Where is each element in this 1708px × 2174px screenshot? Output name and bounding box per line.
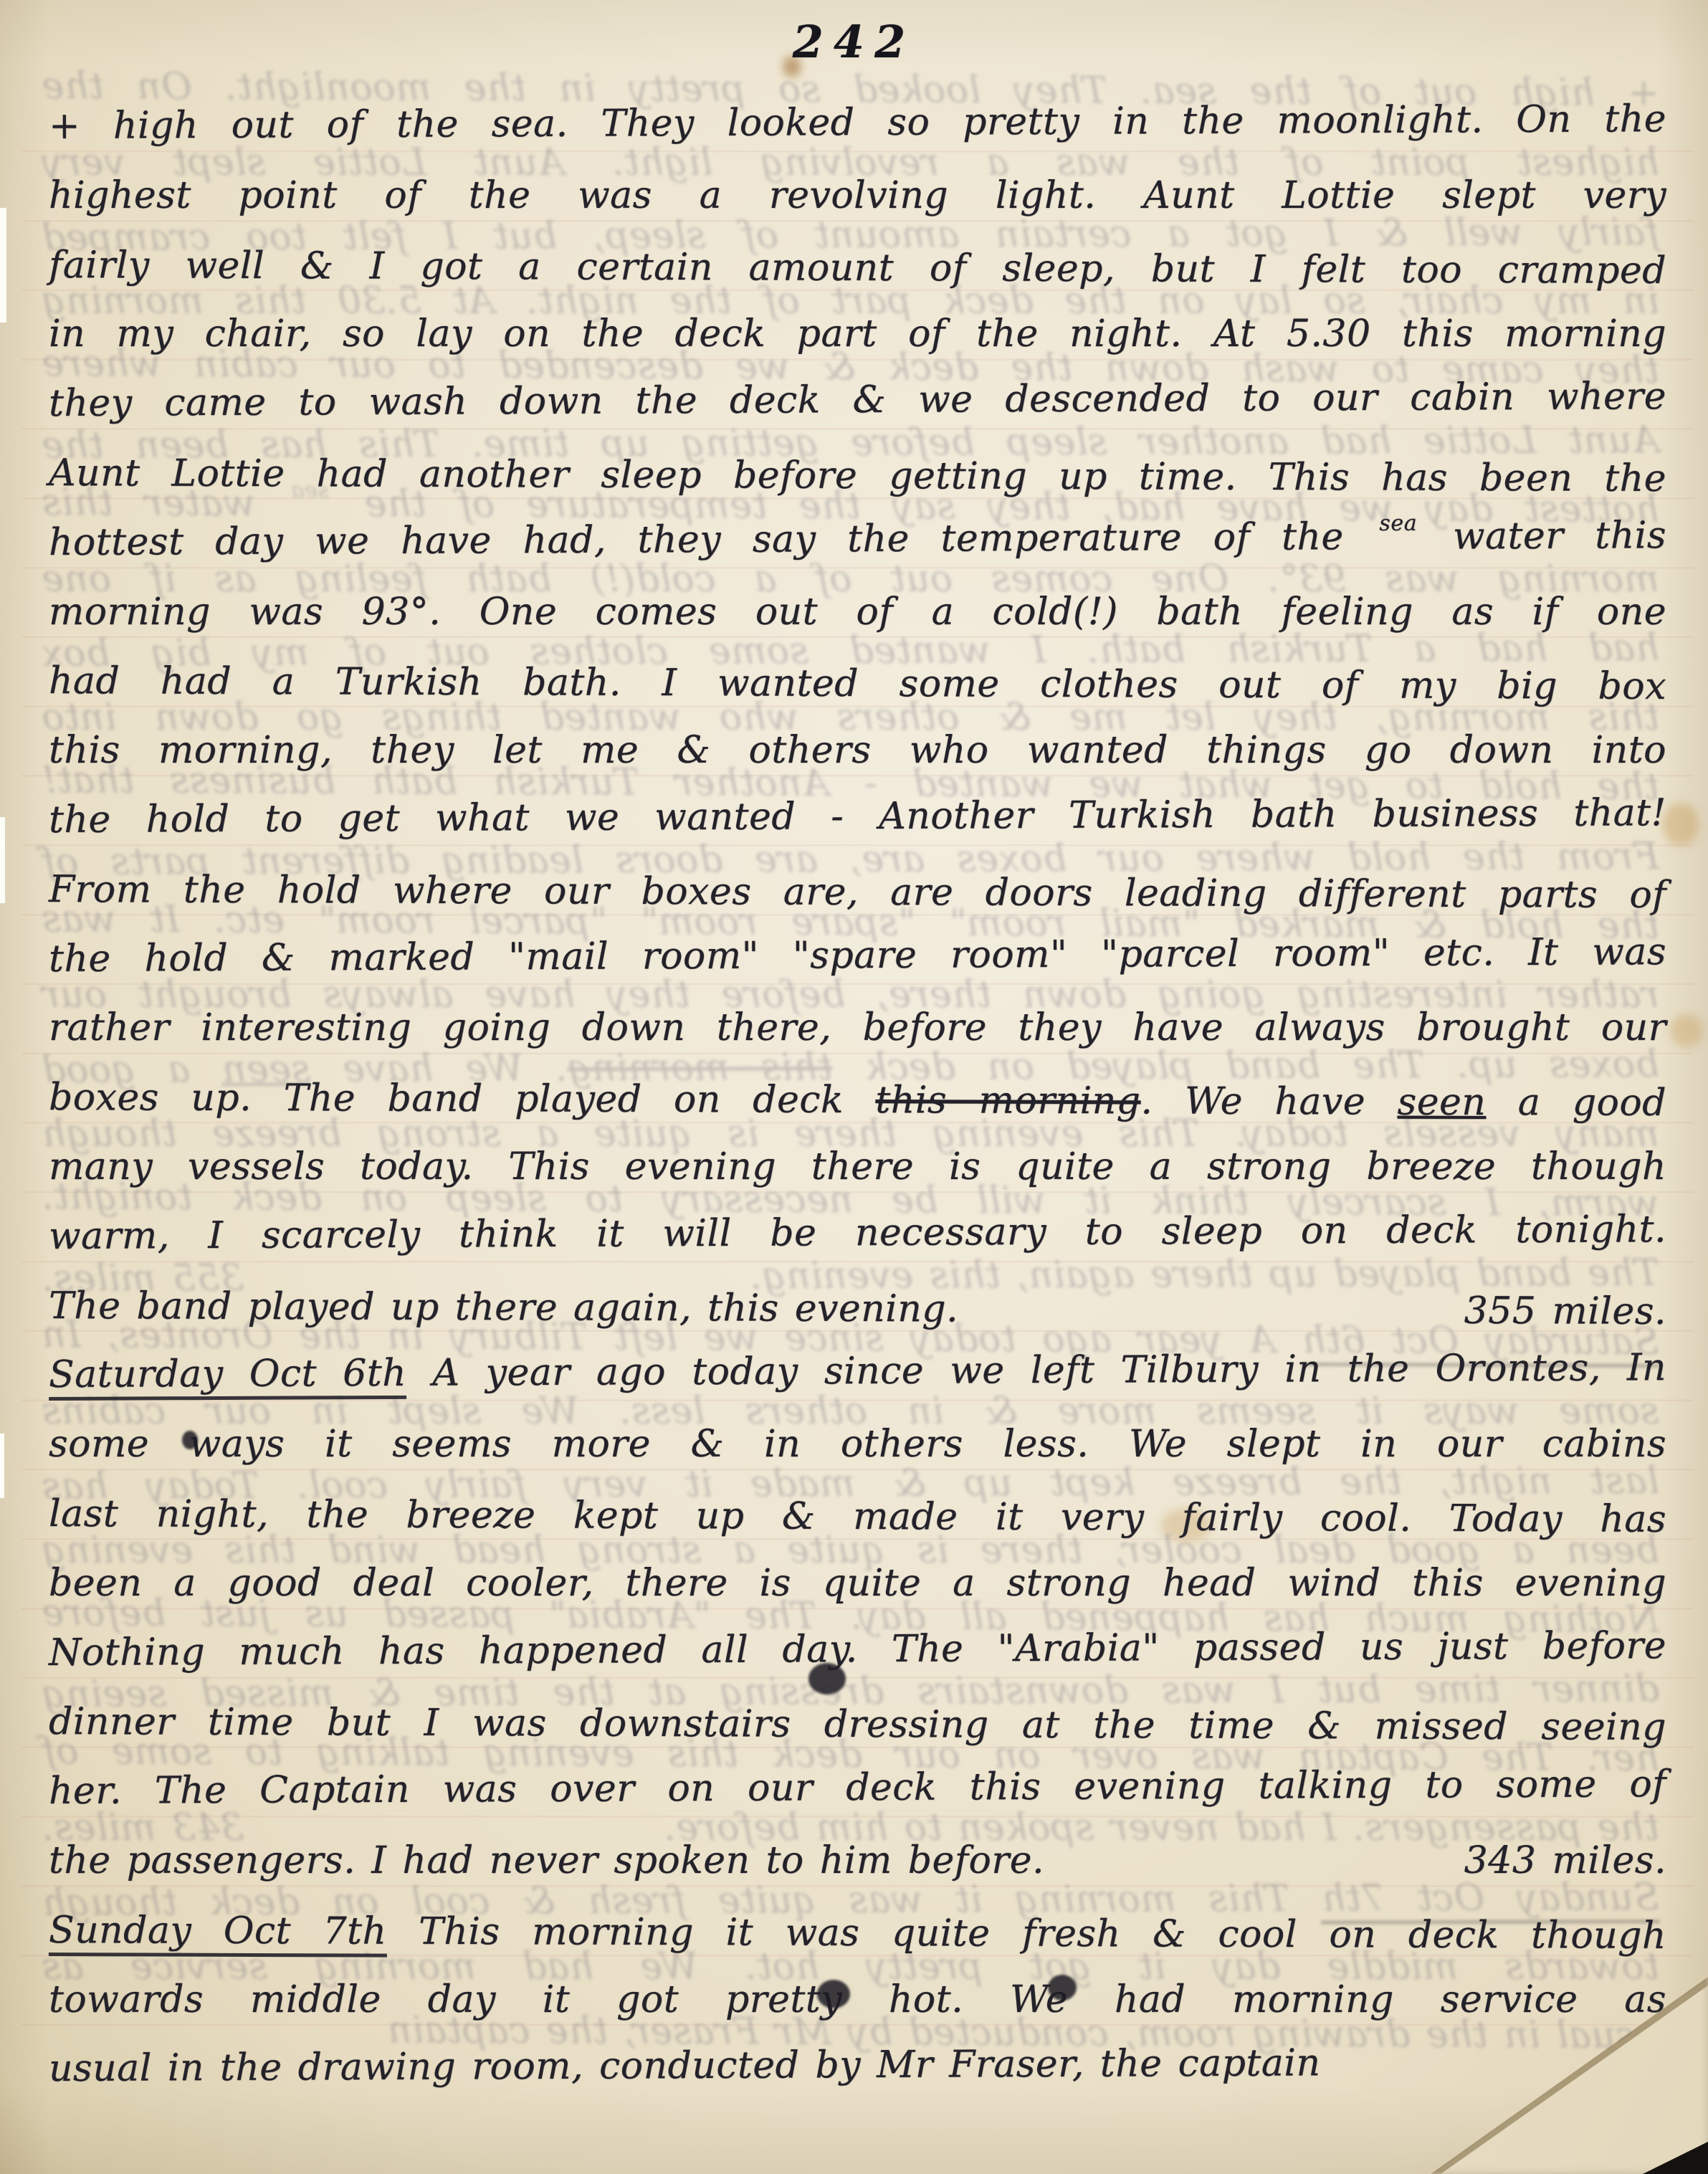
line-text: warm, I scarcely think it will be necess… — [49, 1195, 1666, 1272]
handwritten-line: many vessels today. This evening there i… — [49, 1133, 1666, 1202]
line-text: hottest day we have had, they say the te… — [49, 501, 1666, 578]
handwritten-line: fairly well & I got a certain amount of … — [49, 231, 1666, 306]
text-segment: her. The Captain was over on our deck th… — [49, 1763, 1666, 1813]
handwritten-line: rather interesting going down there, bef… — [49, 993, 1666, 1063]
diary-page-scan: 242 + high out of the sea. They looked s… — [0, 0, 1708, 2174]
handwritten-line: Nothing much has happened all day. The "… — [49, 1611, 1666, 1688]
handwriting-layer: + high out of the sea. They looked so pr… — [0, 0, 1708, 2174]
line-text: her. The Captain was over on our deck th… — [49, 1750, 1666, 1826]
text-segment: last night, the breeze kept up & made it… — [49, 1492, 1666, 1541]
ink-blot — [808, 1663, 846, 1694]
line-text: had had a Turkish bath. I wanted some cl… — [49, 647, 1666, 722]
handwritten-line: the passengers. I had never spoken to hi… — [49, 1826, 1666, 1896]
handwritten-line: towards middle day it got pretty hot. We… — [49, 1965, 1666, 2035]
text-segment: many vessels today. This evening there i… — [49, 1145, 1666, 1188]
ink-blot — [817, 1980, 850, 2008]
handwritten-line: some ways it seems more & in others less… — [49, 1410, 1666, 1479]
text-segment: had had a Turkish bath. I wanted some cl… — [49, 659, 1666, 708]
text-segment: This morning it was quite fresh & cool o… — [386, 1910, 1666, 1957]
handwritten-line: warm, I scarcely think it will be necess… — [49, 1195, 1666, 1272]
handwritten-line: this morning, they let me & others who w… — [49, 716, 1666, 786]
handwritten-line: + high out of the sea. They looked so pr… — [49, 85, 1666, 161]
text-segment: towards middle day it got pretty hot. We… — [49, 1978, 1666, 2021]
text-segment: Aunt Lottie had another sleep before get… — [49, 452, 1666, 500]
line-text: Saturday Oct 6th A year ago today since … — [49, 1334, 1666, 1411]
entry-date-heading: Saturday Oct 6th — [49, 1352, 406, 1401]
line-text: fairly well & I got a certain amount of … — [49, 231, 1666, 306]
text-segment: From the hold where our boxes are, are d… — [49, 868, 1666, 917]
line-text: last night, the breeze kept up & made it… — [49, 1479, 1666, 1555]
text-segment: . We have — [1140, 1080, 1397, 1124]
text-segment: morning was 93°. One comes out of a cold… — [49, 591, 1666, 634]
text-segment: they came to wash down the deck & we des… — [49, 375, 1666, 425]
handwritten-line: highest point of the was a revolving lig… — [49, 161, 1666, 231]
text-segment: the hold to get what we wanted - Another… — [49, 791, 1666, 842]
text-segment: hottest day we have had, they say the te… — [49, 515, 1375, 564]
handwritten-line: her. The Captain was over on our deck th… — [49, 1750, 1666, 1826]
text-segment: seen — [1397, 1081, 1486, 1124]
handwritten-line: Sunday Oct 7th This morning it was quite… — [49, 1896, 1666, 1971]
text-segment: this morning — [875, 1079, 1140, 1122]
line-text: + high out of the sea. They looked so pr… — [49, 85, 1666, 161]
line-text: rather interesting going down there, bef… — [49, 993, 1666, 1063]
line-text: the hold & marked "mail room" "spare roo… — [49, 917, 1666, 994]
line-text: many vessels today. This evening there i… — [49, 1133, 1666, 1202]
text-segment: in my chair, so lay on the deck part of … — [49, 313, 1666, 356]
line-text: the passengers. I had never spoken to hi… — [49, 1826, 1431, 1896]
handwritten-line: Saturday Oct 6th A year ago today since … — [49, 1334, 1666, 1411]
text-segment: A year ago today since we left Tilbury i… — [406, 1347, 1666, 1396]
handwritten-line: the hold & marked "mail room" "spare roo… — [49, 917, 1666, 994]
text-segment: water this — [1421, 514, 1666, 558]
handwritten-line: morning was 93°. One comes out of a cold… — [49, 578, 1666, 647]
line-text: in my chair, so lay on the deck part of … — [49, 300, 1666, 369]
handwritten-line: had had a Turkish bath. I wanted some cl… — [49, 647, 1666, 722]
handwritten-line: last night, the breeze kept up & made it… — [49, 1479, 1666, 1555]
text-segment: a good — [1486, 1081, 1666, 1125]
text-segment: highest point of the was a revolving lig… — [49, 174, 1666, 217]
line-text: Nothing much has happened all day. The "… — [49, 1611, 1666, 1688]
line-text: this morning, they let me & others who w… — [49, 716, 1666, 786]
text-segment: some ways it seems more & in others less… — [49, 1423, 1666, 1466]
line-text: morning was 93°. One comes out of a cold… — [49, 578, 1666, 647]
line-text: been a good deal cooler, there is quite … — [49, 1549, 1666, 1618]
line-text: Sunday Oct 7th This morning it was quite… — [49, 1896, 1666, 1971]
ink-blot — [1048, 1975, 1077, 2001]
text-segment: usual in the drawing room, conducted by … — [49, 2042, 1321, 2091]
line-text: they came to wash down the deck & we des… — [49, 362, 1666, 439]
line-text: The band played up there again, this eve… — [49, 1272, 1431, 1346]
handwritten-line: been a good deal cooler, there is quite … — [49, 1549, 1666, 1618]
handwritten-line: hottest day we have had, they say the te… — [49, 501, 1666, 578]
text-segment: rather interesting going down there, bef… — [49, 1006, 1666, 1049]
handwritten-line: they came to wash down the deck & we des… — [49, 362, 1666, 439]
entry-date-heading: Sunday Oct 7th — [49, 1909, 387, 1958]
line-text: towards middle day it got pretty hot. We… — [49, 1965, 1666, 2035]
line-text: highest point of the was a revolving lig… — [49, 161, 1666, 231]
text-segment: The band played up there again, this eve… — [49, 1284, 958, 1330]
text-segment: boxes up. The band played on deck — [49, 1076, 876, 1122]
text-segment: dinner time but I was downstairs dressin… — [49, 1700, 1666, 1749]
daily-mileage: 343 miles. — [1431, 1826, 1666, 1896]
ink-blot — [182, 1431, 198, 1449]
text-segment: the hold & marked "mail room" "spare roo… — [49, 930, 1666, 981]
handwritten-line: the hold to get what we wanted - Another… — [49, 778, 1666, 855]
line-text: some ways it seems more & in others less… — [49, 1410, 1666, 1479]
text-segment: Nothing much has happened all day. The "… — [49, 1624, 1666, 1674]
text-segment: + high out of the sea. They looked so pr… — [49, 97, 1666, 148]
line-text: boxes up. The band played on deck this m… — [49, 1063, 1666, 1138]
handwritten-line: in my chair, so lay on the deck part of … — [49, 300, 1666, 369]
text-segment: this morning, they let me & others who w… — [49, 729, 1666, 772]
line-text: usual in the drawing room, conducted by … — [49, 2028, 1666, 2104]
text-segment: warm, I scarcely think it will be necess… — [49, 1208, 1666, 1258]
handwritten-line: usual in the drawing room, conducted by … — [49, 2028, 1666, 2104]
handwritten-line: boxes up. The band played on deck this m… — [49, 1063, 1666, 1138]
text-segment: been a good deal cooler, there is quite … — [49, 1562, 1666, 1605]
text-segment: the passengers. I had never spoken to hi… — [49, 1839, 1044, 1882]
text-segment: fairly well & I got a certain amount of … — [49, 244, 1666, 292]
line-text: the hold to get what we wanted - Another… — [49, 778, 1666, 855]
